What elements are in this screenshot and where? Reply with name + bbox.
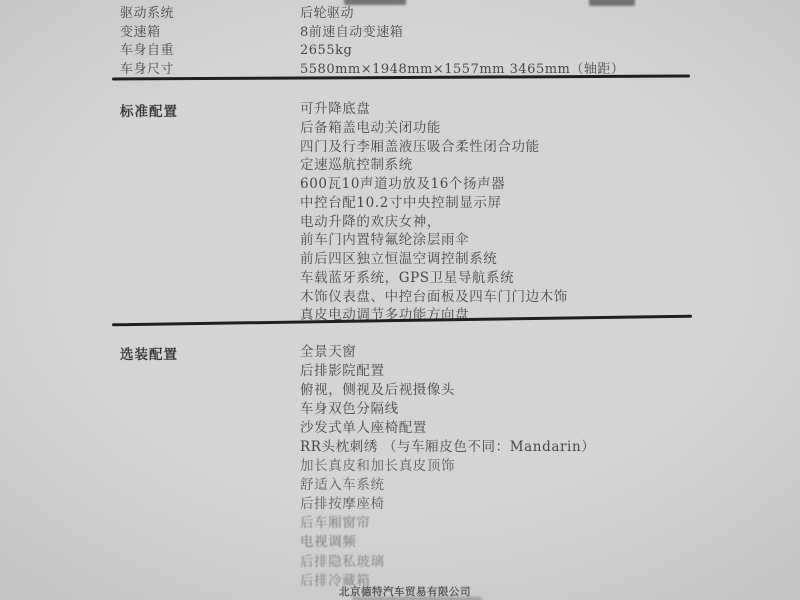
config-item: 前后四区独立恒温空调控制系统 [300, 250, 740, 269]
config-item: 舒适入车系统 [300, 476, 740, 495]
spec-row: 车身自重 2655kg [120, 42, 690, 61]
optional-config-title: 选装配置 [120, 343, 178, 363]
config-item: 电视调频 [300, 533, 740, 552]
config-item: 后排隐私玻璃 [300, 553, 740, 572]
config-item: 全景天窗 [300, 343, 740, 362]
config-item: 俯视，侧视及后视摄像头 [300, 381, 740, 400]
config-item: 可升降底盘 [300, 100, 740, 119]
scanned-spec-sheet: 驱动系统 后轮驱动 变速箱 8前速自动变速箱 车身自重 2655kg 车身尺寸 … [0, 0, 800, 600]
spec-value: 8前速自动变速箱 [300, 24, 690, 43]
config-item: 后排影院配置 [300, 362, 740, 381]
optional-config-list: 全景天窗 后排影院配置 俯视，侧视及后视摄像头 车身双色分隔线 沙发式单人座椅配… [300, 343, 740, 591]
config-item: 600瓦10声道功放及16个扬声器 [300, 175, 740, 194]
config-item: 后车厢窗帘 [300, 514, 740, 533]
spec-label: 变速箱 [120, 24, 300, 43]
spec-row: 变速箱 8前速自动变速箱 [120, 24, 690, 43]
config-item: RR头枕刺绣 （与车厢皮色不同：Mandarin） [300, 438, 740, 457]
config-item: 沙发式单人座椅配置 [300, 419, 740, 438]
config-item: 车身双色分隔线 [300, 400, 740, 419]
spec-row: 驱动系统 后轮驱动 [120, 5, 690, 24]
spec-table: 驱动系统 后轮驱动 变速箱 8前速自动变速箱 车身自重 2655kg 车身尺寸 … [120, 5, 690, 79]
config-item: 车载蓝牙系统，GPS卫星导航系统 [300, 269, 740, 288]
standard-config-title: 标准配置 [120, 100, 178, 120]
config-item: 前车门内置特氟纶涂层雨伞 [300, 231, 740, 250]
config-item: 定速巡航控制系统 [300, 156, 740, 175]
spec-value: 2655kg [300, 42, 690, 61]
spec-value: 后轮驱动 [300, 5, 690, 24]
config-item: 后备箱盖电动关闭功能 [300, 119, 740, 138]
spec-label: 驱动系统 [120, 5, 300, 24]
config-item: 中控台配10.2寸中央控制显示屏 [300, 194, 740, 213]
config-item: 四门及行李厢盖液压吸合柔性闭合功能 [300, 138, 740, 157]
config-item: 木饰仪表盘、中控台面板及四车门门边木饰 [300, 288, 740, 307]
standard-config-list: 可升降底盘 后备箱盖电动关闭功能 四门及行李厢盖液压吸合柔性闭合功能 定速巡航控… [300, 100, 740, 325]
spec-label: 车身自重 [120, 42, 300, 61]
config-item: 电动升降的欢庆女神， [300, 213, 740, 232]
config-item: 加长真皮和加长真皮顶饰 [300, 457, 740, 476]
config-item: 后排按摩座椅 [300, 495, 740, 514]
